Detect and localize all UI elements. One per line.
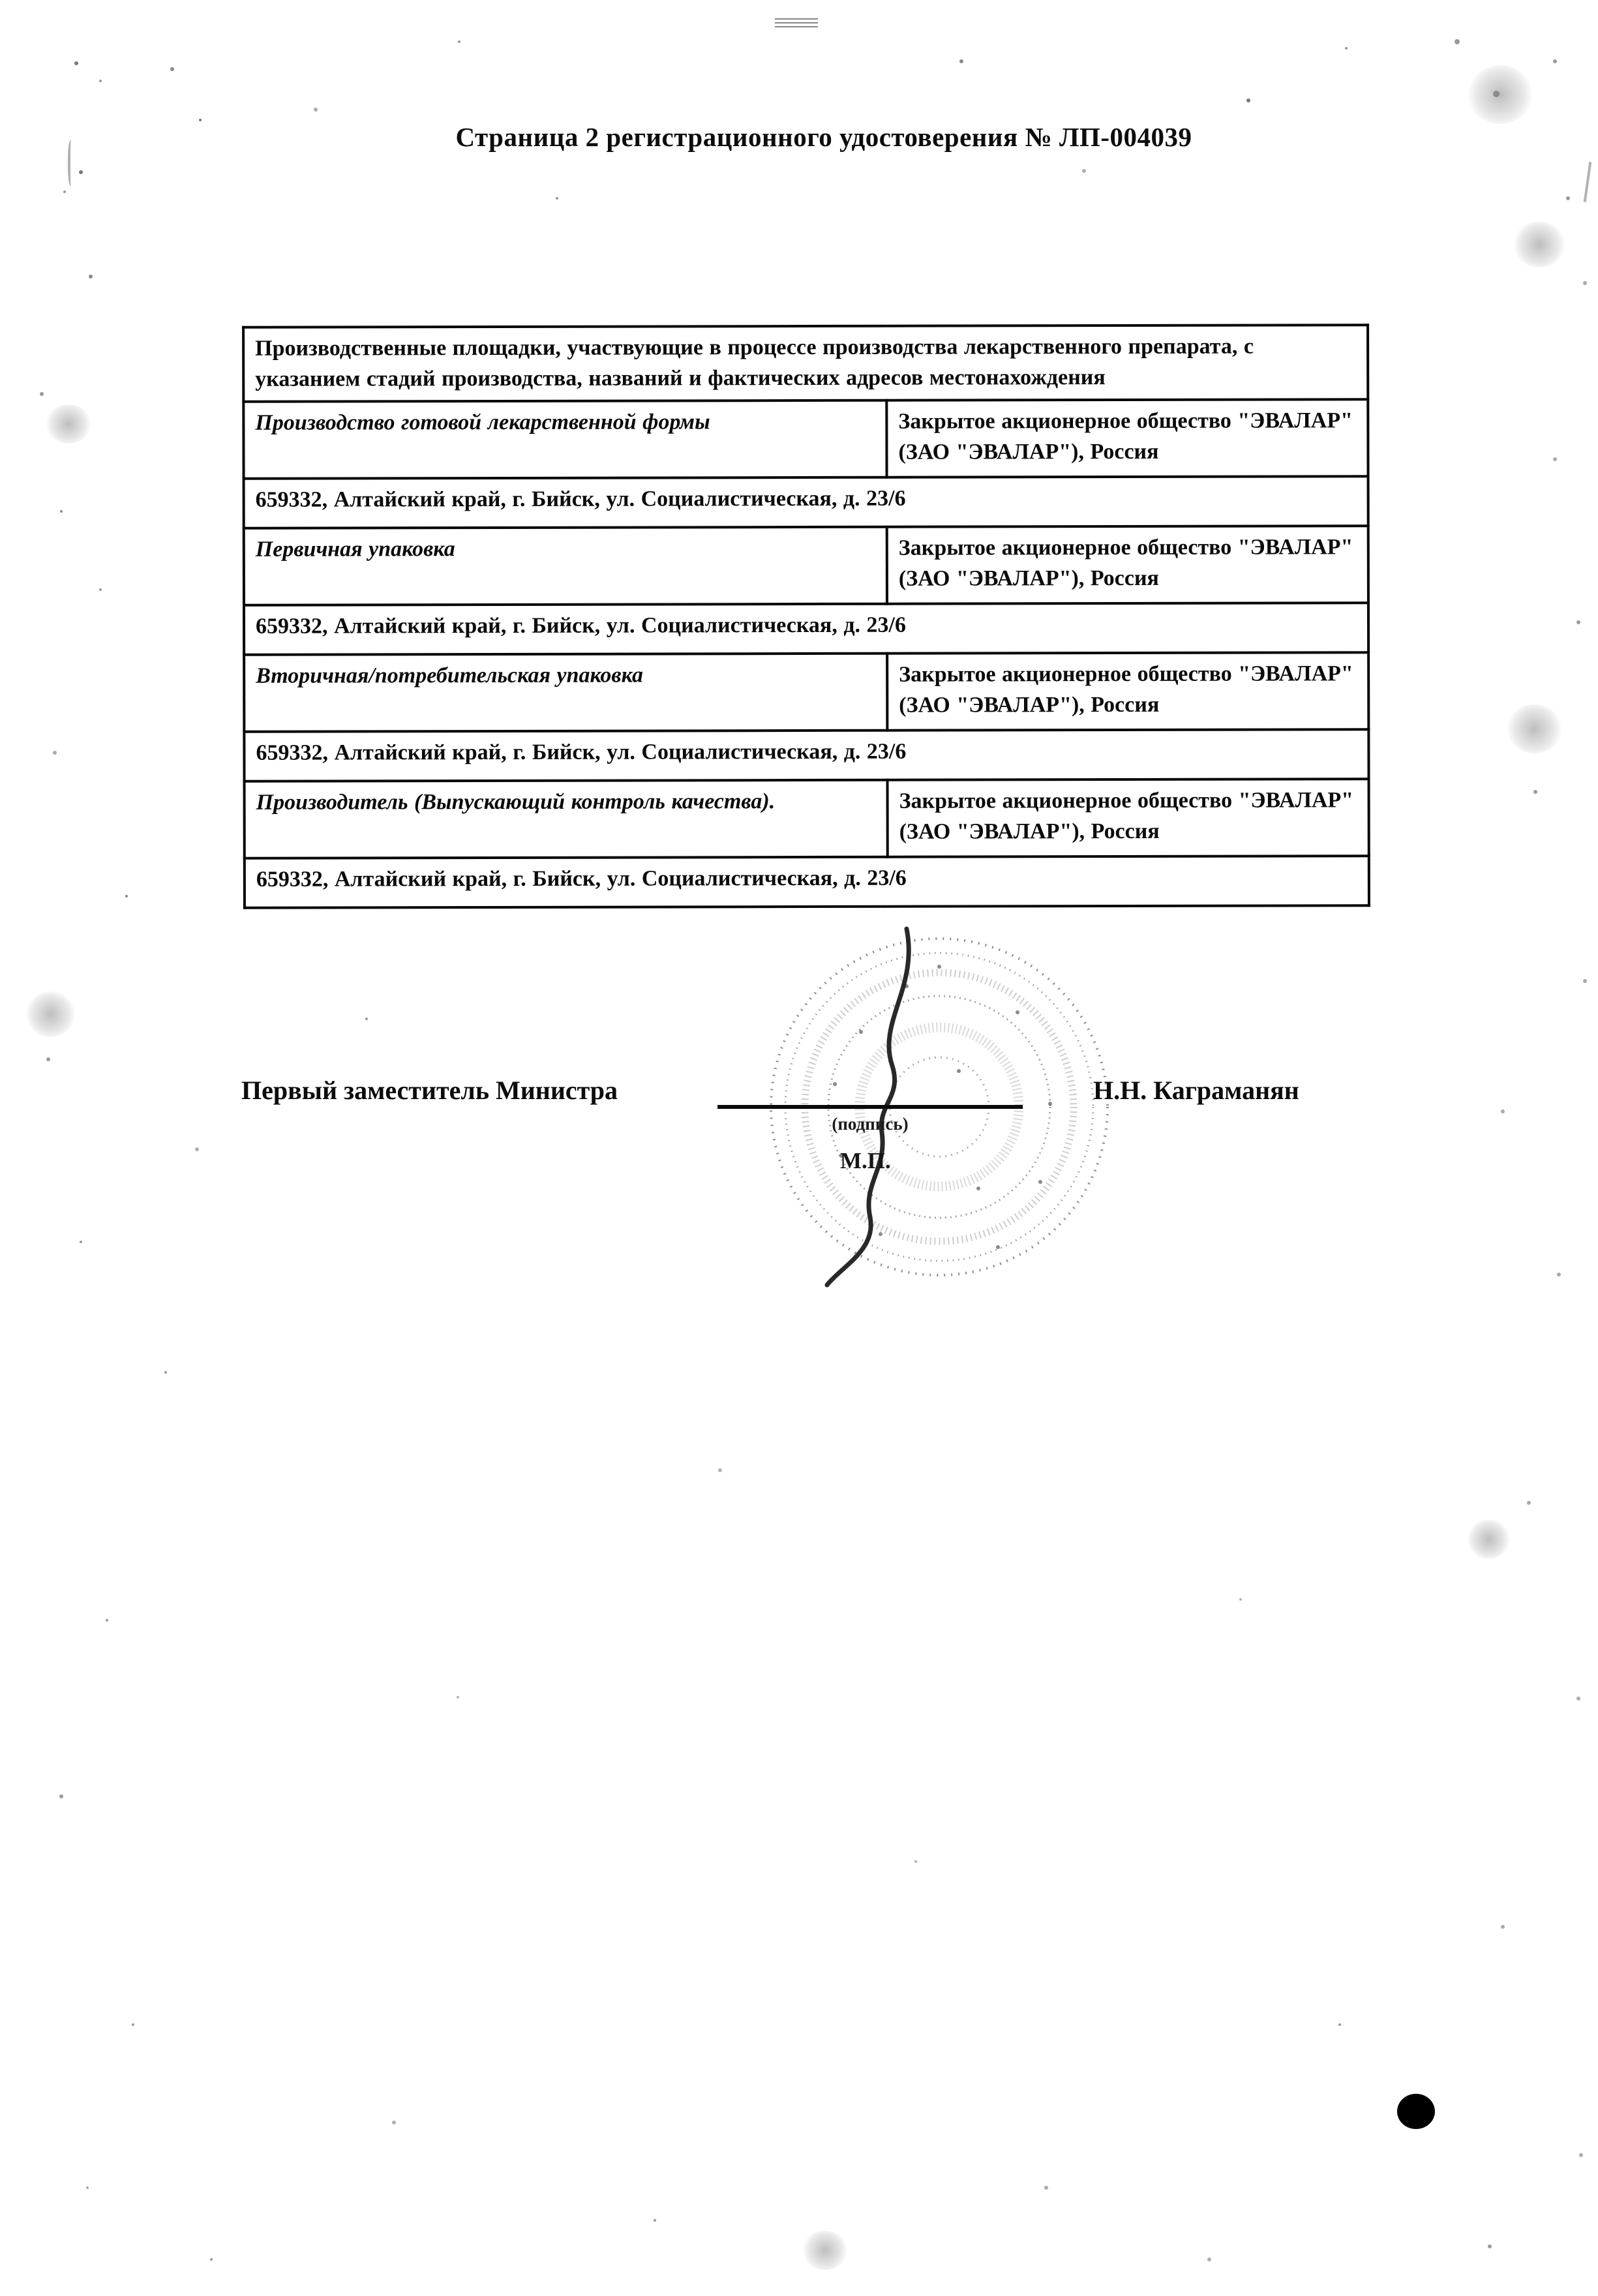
signatory-title: Первый заместитель Министра	[241, 1075, 618, 1106]
table-row: 659332, Алтайский край, г. Бийск, ул. Со…	[245, 856, 1369, 908]
address-cell: 659332, Алтайский край, г. Бийск, ул. Со…	[244, 603, 1368, 655]
stage-cell: Производитель (Выпускающий контроль каче…	[245, 780, 888, 858]
table-row: Вторичная/потребительская упаковка Закры…	[244, 652, 1368, 732]
signature-line	[717, 1105, 1023, 1109]
stage-cell: Производство готовой лекарственной формы	[243, 400, 886, 479]
signature-caption: (подпись)	[717, 1114, 1023, 1134]
table-row: Первичная упаковка Закрытое акционерное …	[244, 526, 1368, 605]
address-cell: 659332, Алтайский край, г. Бийск, ул. Со…	[244, 729, 1368, 781]
company-cell: Закрытое акционерное общество "ЭВАЛАР" (…	[887, 652, 1368, 731]
scanned-certificate-page: { "page": { "header": "Страница 2 регист…	[0, 0, 1598, 2296]
scan-smudge	[46, 404, 91, 444]
table-row: Производитель (Выпускающий контроль каче…	[245, 779, 1369, 858]
scan-smudge	[1513, 222, 1565, 267]
address-cell: 659332, Алтайский край, г. Бийск, ул. Со…	[245, 856, 1369, 908]
table-header-row: Производственные площадки, участвующие в…	[243, 325, 1368, 401]
table-row: 659332, Алтайский край, г. Бийск, ул. Со…	[244, 603, 1368, 655]
table-row: 659332, Алтайский край, г. Бийск, ул. Со…	[244, 476, 1368, 528]
stage-cell: Вторичная/потребительская упаковка	[244, 654, 887, 732]
company-cell: Закрытое акционерное общество "ЭВАЛАР" (…	[887, 526, 1368, 604]
scan-smudge	[1507, 704, 1562, 753]
company-cell: Закрытое акционерное общество "ЭВАЛАР" (…	[886, 399, 1368, 477]
table-row: Производство готовой лекарственной формы…	[243, 399, 1368, 479]
scan-smudge	[26, 991, 75, 1037]
table-header-cell: Производственные площадки, участвующие в…	[243, 325, 1368, 401]
scan-mark-lines	[775, 18, 818, 29]
scan-mark-tick	[1584, 162, 1592, 202]
company-cell: Закрытое акционерное общество "ЭВАЛАР" (…	[888, 779, 1369, 857]
scan-smudge	[1468, 65, 1533, 124]
scan-artifact-dot	[1397, 2094, 1435, 2129]
production-sites-table: Производственные площадки, участвующие в…	[242, 324, 1370, 909]
scan-smudge	[802, 2231, 848, 2270]
seal-place-caption: М.П.	[840, 1148, 891, 1174]
stage-cell: Первичная упаковка	[244, 527, 887, 605]
scan-smudge	[1468, 1520, 1510, 1559]
address-cell: 659332, Алтайский край, г. Бийск, ул. Со…	[244, 476, 1368, 528]
table-row: 659332, Алтайский край, г. Бийск, ул. Со…	[244, 729, 1368, 781]
page-header: Страница 2 регистрационного удостоверени…	[25, 121, 1598, 153]
